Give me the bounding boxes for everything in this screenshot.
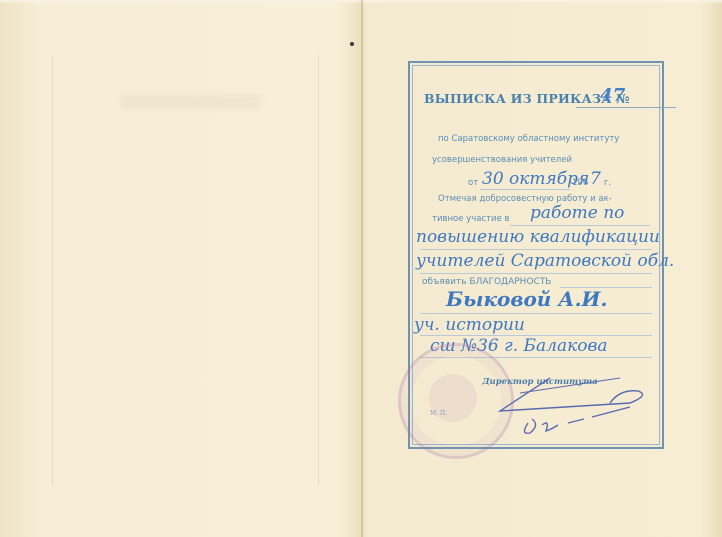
bleed-through-text [120, 95, 260, 109]
director-signature [480, 373, 660, 453]
year-prefix: 196 [572, 178, 588, 188]
certificate-frame: ВЫПИСКА ИЗ ПРИКАЗА № 47 по Саратовскому … [408, 61, 664, 449]
ink-dot [350, 42, 354, 46]
org-line-1: по Саратовскому областному институту [438, 134, 619, 144]
recipient-role-1: уч. истории [414, 315, 525, 335]
stamp-place-label: М. П. [430, 410, 447, 417]
year-suffix: г. [604, 178, 611, 188]
recipient-underline [420, 313, 652, 314]
recipient-name: Быковой А.И. [446, 287, 607, 311]
center-fold [361, 0, 363, 537]
reason-handwritten-3: учителей Саратовской обл. [416, 251, 674, 271]
date-row: от 30 октября 196 7 г. [468, 173, 628, 189]
left-page [0, 0, 362, 537]
date-prefix: от [468, 178, 478, 188]
date-line [480, 189, 570, 190]
paper-sheet: ВЫПИСКА ИЗ ПРИКАЗА № 47 по Саратовскому … [0, 0, 722, 537]
left-page-margin-line [52, 55, 53, 485]
reason-handwritten-2: повышению квалификации [416, 227, 660, 247]
announce-label: объявить БЛАГОДАРНОСТЬ [422, 277, 552, 287]
reason-line-2-underline [510, 225, 650, 226]
org-line-2: усовершенствования учителей [432, 155, 572, 165]
reason-handwritten-1: работе по [530, 203, 624, 223]
reason-line-3-underline [420, 249, 652, 250]
reason-line-4-underline [420, 273, 652, 274]
year-handwritten: 7 [590, 169, 601, 189]
order-number-line [576, 107, 676, 108]
order-number: 47 [600, 85, 625, 106]
document-title: ВЫПИСКА ИЗ ПРИКАЗА № 47 [424, 91, 656, 111]
reason-line-2: тивное участие в [432, 214, 510, 224]
left-page-margin-line-right [318, 55, 319, 485]
